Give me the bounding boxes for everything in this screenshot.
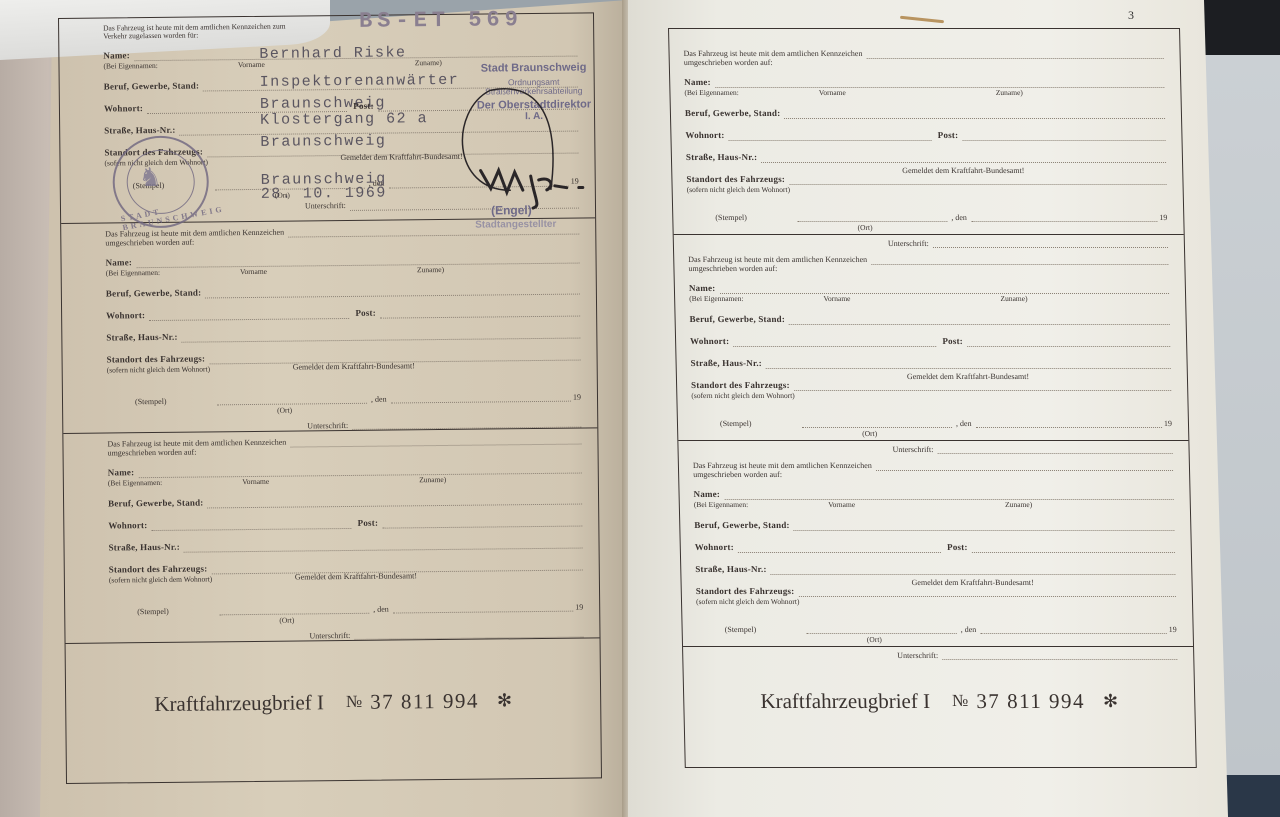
stamp-date-row: (Stempel) (Ort) , den 19 [109,602,583,617]
standort-row: Standort des Fahrzeugs: [686,175,1166,185]
wohnort-row: Wohnort:Post: [108,517,582,532]
ort-label: (Ort) [857,224,872,232]
name-label: Name: [684,78,711,88]
standort-sublabel: (sofern nicht gleich dem Wohnort) [691,392,1171,400]
intro-line-1: Das Fahrzeug ist heute mit dem amtlichen… [684,50,863,59]
wohnort-label: Wohnort: [690,337,729,347]
wohnort-label: Wohnort: [106,311,145,321]
name-label: Name: [106,258,133,268]
stempel-label: (Stempel) [692,420,802,429]
intro-line-1: Das Fahrzeug ist heute mit dem amtlichen… [693,462,872,471]
wohnort-label: Wohnort: [695,543,734,553]
strasse-row: Straße, Haus-Nr.: [106,329,580,344]
standort-label: Standort des Fahrzeugs: [107,355,206,366]
beruf-label: Beruf, Gewerbe, Stand: [106,289,201,300]
handwritten-signature [450,79,591,210]
den-label: , den [956,420,972,429]
post-label: Post: [942,337,963,347]
post-label: Post: [947,543,968,553]
city-seal-stamp: ♞ STADT BRAUNSCHWEIG [112,135,209,228]
registration-entry-6: Das Fahrzeug ist heute mit dem amtlichen… [678,441,1193,647]
strasse-label: Straße, Haus-Nr.: [695,565,767,575]
strasse-label: Straße, Haus-Nr.: [106,333,177,344]
document-title: Kraftfahrzeugbrief I [154,690,324,717]
name-row: Name: [693,490,1173,500]
zuname-label: Zuname) [996,89,1023,97]
beruf-label: Beruf, Gewerbe, Stand: [694,521,790,531]
zuname-label: Zuname) [417,266,444,275]
unterschrift-label: Unterschrift: [307,421,348,430]
standort-label: Standort des Fahrzeugs: [696,587,795,597]
bei-eigennamen-label: (Bei Eigennamen: [108,479,162,488]
stempel-label: (Stempel) [687,214,797,223]
intro-row: Das Fahrzeug ist heute mit dem amtlichen… [693,461,1173,471]
name-label: Name: [693,490,720,500]
zuname-label: Zuname) [1005,501,1032,509]
ort-label: (Ort) [275,192,290,200]
intro-line-1: Das Fahrzeug ist heute mit dem amtlichen… [107,439,286,450]
zuname-label: Zuname) [419,476,446,485]
gemeldet-text: Gemeldet dem Kraftfahrt-Bundesamt! [907,373,1029,382]
vorname-label: Vorname [823,295,850,303]
wohnort-label: Wohnort: [108,521,147,531]
zuname-label: Zuname) [415,58,442,67]
beruf-row: Beruf, Gewerbe, Stand: [106,285,580,300]
ort-label: (Ort) [277,407,292,415]
strasse-row: Straße, Haus-Nr.: [109,539,583,554]
stamp-line-1: Stadt Braunschweig [463,61,603,75]
wohnort-row: Wohnort:Post: [685,131,1165,141]
ort-label: (Ort) [279,617,294,625]
document-number: 37 811 994 [370,688,479,714]
den-label: , den [373,605,389,614]
gemeldet-text: Gemeldet dem Kraftfahrt-Bundesamt! [902,167,1024,176]
standort-sublabel: (sofern nicht gleich dem Wohnort) [696,598,1176,606]
registration-entry-4: Das Fahrzeug ist heute mit dem amtlichen… [669,29,1184,235]
stempel-label: (Stempel) [109,607,219,617]
post-label: Post: [358,519,379,529]
year-prefix: 19 [573,393,581,402]
license-plate-value: BS-ET 569 [359,8,523,34]
unterschrift-label: Unterschrift: [309,631,350,640]
vorname-label: Vorname [828,501,855,509]
beruf-row: Beruf, Gewerbe, Stand: [685,109,1165,119]
signer-name: (Engel) [491,204,532,218]
beruf-label: Beruf, Gewerbe, Stand: [108,499,203,510]
registration-entry-1: BS-ET 569 Das Fahrzeug ist heute mit dem… [59,13,595,224]
name-label: Name: [108,468,135,478]
name-sublabels: (Bei Eigennamen: Vorname Zuname) [689,295,1169,303]
bei-eigennamen-label: (Bei Eigennamen: [689,295,744,303]
bei-eigennamen-label: (Bei Eigennamen: [684,89,739,97]
left-form-frame: BS-ET 569 Das Fahrzeug ist heute mit dem… [58,12,602,784]
beruf-row: Beruf, Gewerbe, Stand: [108,495,582,510]
unterschrift-label: Unterschrift: [305,202,346,211]
stamp-date-row: (Stempel) (Ort) , den 19 [697,624,1177,634]
year-prefix: 19 [1159,214,1167,223]
beruf-label: Beruf, Gewerbe, Stand: [104,81,199,92]
post-label: Post: [355,309,376,319]
intro-line-2: umgeschrieben worden auf: [693,471,1173,480]
name-sublabels: (Bei Eigennamen: Vorname Zuname) [684,89,1164,97]
year-prefix: 19 [1164,420,1172,429]
intro-row: Das Fahrzeug ist heute mit dem amtlichen… [683,49,1163,59]
gemeldet-text: Gemeldet dem Kraftfahrt-Bundesamt! [295,572,417,582]
gemeldet-text: Gemeldet dem Kraftfahrt-Bundesamt! [912,579,1034,588]
registration-entry-5: Das Fahrzeug ist heute mit dem amtlichen… [674,235,1189,441]
standort-sublabel: (sofern nicht gleich dem Wohnort) [687,186,1167,194]
page-number: 3 [1128,8,1134,23]
star-icon: ✻ [1103,691,1119,712]
gemeldet-text: Gemeldet dem Kraftfahrt-Bundesamt! [340,153,462,163]
strasse-label: Straße, Haus-Nr.: [109,543,180,554]
vorname-label: Vorname [819,89,846,97]
standort-row: Standort des Fahrzeugs: [691,381,1171,391]
stamp-date-row: (Stempel) (Ort) , den 19 [687,212,1167,222]
year-prefix: 19 [575,603,583,612]
gemeldet-text: Gemeldet dem Kraftfahrt-Bundesamt! [293,362,415,372]
beruf-row: Beruf, Gewerbe, Stand: [690,315,1170,325]
intro-row: Das Fahrzeug ist heute mit dem amtlichen… [688,255,1168,265]
vorname-label: Vorname [240,268,267,277]
vorname-label: Vorname [242,478,269,487]
wohnort-row: Wohnort:Post: [695,543,1175,553]
registration-entry-3: Das Fahrzeug ist heute mit dem amtlichen… [63,428,599,644]
wohnort-row: Wohnort:Post: [690,337,1170,347]
document-footer: Kraftfahrzeugbrief I № 37 811 994 ✻ [66,638,601,766]
standort-label: Standort des Fahrzeugs: [109,565,208,576]
stamp-date-row: (Stempel) (Ort) , den 19 [107,392,581,407]
wohnort-label: Wohnort: [685,131,724,141]
name-label: Name: [689,284,716,294]
stamp-date-row: (Stempel) (Ort) , den 19 [692,418,1172,428]
intro-line-2: umgeschrieben worden auf: [688,265,1168,274]
strasse-row: Straße, Haus-Nr.: [695,565,1175,575]
name-sublabels: (Bei Eigennamen: Vorname Zuname) [694,501,1174,509]
document-number: 37 811 994 [976,689,1085,714]
registration-entry-2: Das Fahrzeug ist heute mit dem amtlichen… [61,218,597,434]
name-row: Name: [689,284,1169,294]
document-title: Kraftfahrzeugbrief I [760,689,930,714]
intro-text: Das Fahrzeug ist heute mit dem amtlichen… [103,22,303,41]
beruf-label: Beruf, Gewerbe, Stand: [685,109,781,119]
bei-eigennamen-label: (Bei Eigennamen: [106,269,160,278]
stempel-label: (Stempel) [697,626,807,635]
name-label: Name: [103,51,130,61]
zuname-label: Zuname) [1000,295,1027,303]
stempel-label: (Stempel) [107,397,217,407]
beruf-row: Beruf, Gewerbe, Stand: [694,521,1174,531]
den-label: , den [951,214,967,223]
strasse-row: Straße, Haus-Nr.: [691,359,1171,369]
standort-label: Standort des Fahrzeugs: [691,381,790,391]
strasse-label: Straße, Haus-Nr.: [691,359,763,369]
standort-row: Standort des Fahrzeugs: [696,587,1176,597]
bei-eigennamen-label: (Bei Eigennamen: [103,61,157,70]
bei-eigennamen-label: (Bei Eigennamen: [694,501,749,509]
year-prefix: 19 [1169,626,1177,635]
ort-label: (Ort) [867,636,882,644]
ort-label: (Ort) [862,430,877,438]
den-label: , den [371,395,387,404]
intro-line-1: Das Fahrzeug ist heute mit dem amtlichen… [688,256,867,265]
number-label: № [952,691,969,711]
intro-line-1: Das Fahrzeug ist heute mit dem amtlichen… [105,229,284,240]
document-footer: Kraftfahrzeugbrief I № 37 811 994 ✻ [683,647,1195,755]
number-label: № [346,692,362,712]
star-icon: ✻ [497,690,512,711]
standort-label: Standort des Fahrzeugs: [686,175,785,185]
den-label: , den [961,626,977,635]
beruf-label: Beruf, Gewerbe, Stand: [690,315,786,325]
strasse-label: Straße, Haus-Nr.: [686,153,758,163]
strasse-row: Straße, Haus-Nr.: [686,153,1166,163]
intro-line-2: umgeschrieben worden auf: [684,59,1164,68]
post-label: Post: [938,131,959,141]
right-form-frame: Das Fahrzeug ist heute mit dem amtlichen… [668,28,1197,768]
name-row: Name: [684,78,1164,88]
wohnort-label: Wohnort: [104,104,143,114]
wohnort-row: Wohnort:Post: [106,307,580,322]
lion-emblem-icon: ♞ [139,164,163,193]
strasse-label: Straße, Haus-Nr.: [104,126,175,137]
